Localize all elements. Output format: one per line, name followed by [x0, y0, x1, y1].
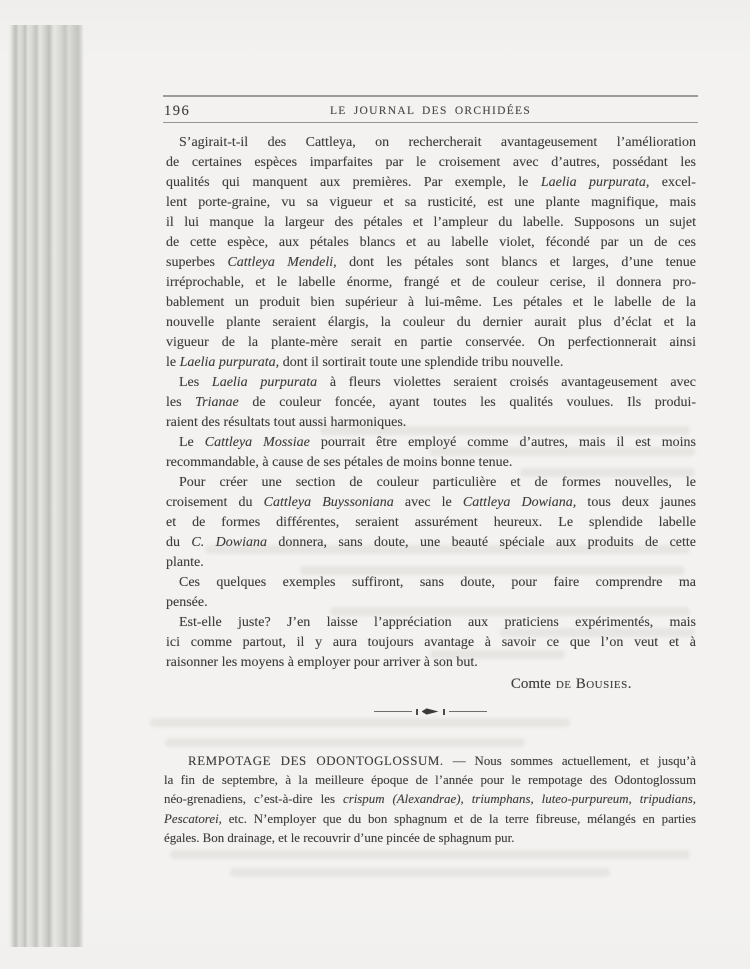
- bleedthrough-artifact: [170, 850, 690, 859]
- divider-tick-right: [443, 709, 445, 715]
- bleedthrough-artifact: [230, 868, 610, 877]
- text-line: plante.: [166, 553, 696, 573]
- article-body: S’agirait-t-il des Cattleya, on recherch…: [166, 133, 696, 673]
- text-line: Pescatorei, etc. N’employer que du bon s…: [164, 810, 696, 829]
- text-line: néo-grenadiens, c’est-à-dire les crispum…: [164, 790, 696, 809]
- paragraph: Pour créer une section de couleur partic…: [166, 473, 696, 573]
- text-line: pensée.: [166, 593, 696, 613]
- article-signature: Comtede Bousies.: [166, 676, 632, 693]
- text-line: Les Laelia purpurata à fleurs violettes …: [166, 373, 696, 393]
- scanned-page: 196 LE JOURNAL DES ORCHIDÉES S’agirait-t…: [0, 0, 750, 969]
- text-line: la fin de septembre, à la meilleure époq…: [164, 771, 696, 790]
- text-line: Est-elle juste? J’en laisse l’appréciati…: [166, 613, 696, 633]
- text-line: superbes Cattleya Mendeli, dont les péta…: [166, 253, 696, 273]
- text-line: raisonner les moyens à employer pour arr…: [166, 653, 696, 673]
- page-header: 196 LE JOURNAL DES ORCHIDÉES: [163, 95, 698, 123]
- divider-line-right: [449, 711, 487, 712]
- signature-name: de Bousies.: [556, 676, 632, 692]
- text-line: recommandable, à cause de ses pétales de…: [166, 453, 696, 473]
- text-line: les Trianae de couleur foncée, ayant tou…: [166, 393, 696, 413]
- text-line: Ces quelques exemples suffiront, sans do…: [166, 573, 696, 593]
- text-line: raient des résultats tout aussi harmoniq…: [166, 413, 696, 433]
- text-line: lent porte-graine, vu sa vigueur et sa r…: [166, 193, 696, 213]
- text-line: bablement un produit bien supérieur à lu…: [166, 293, 696, 313]
- text-line: le Laelia purpurata, dont il sortirait t…: [166, 353, 696, 373]
- text-line: il lui manque la largeur des pétales et …: [166, 213, 696, 233]
- page-edge-stack: [8, 25, 84, 947]
- paragraph: Le Cattleya Mossiae pourrait être employ…: [166, 433, 696, 473]
- paragraph: Ces quelques exemples suffiront, sans do…: [166, 573, 696, 613]
- text-line: nouvelle plante seraient élargis, la cou…: [166, 313, 696, 333]
- paragraph: Les Laelia purpurata à fleurs violettes …: [166, 373, 696, 433]
- text-line: égales. Bon drainage, et le recouvrir d’…: [164, 829, 696, 848]
- text-line: de cette espèce, aux pétales blancs et a…: [166, 233, 696, 253]
- divider-line-left: [374, 711, 412, 712]
- note-paragraph: REMPOTAGE DES ODONTOGLOSSUM. — Nous somm…: [164, 752, 696, 848]
- signature-prefix: Comte: [511, 676, 551, 692]
- text-line: REMPOTAGE DES ODONTOGLOSSUM. — Nous somm…: [164, 752, 696, 771]
- text-line: et de formes différentes, seraient assur…: [166, 513, 696, 533]
- text-line: ici comme partout, il y aura toujours av…: [166, 633, 696, 653]
- text-line: vigueur de la plante-mère serait en part…: [166, 333, 696, 353]
- text-line: S’agirait-t-il des Cattleya, on recherch…: [166, 133, 696, 153]
- bleedthrough-artifact: [165, 738, 525, 747]
- text-line: qualités qui manquent aux premières. Par…: [166, 173, 696, 193]
- bleedthrough-artifact: [150, 718, 570, 727]
- divider-tick-left: [416, 709, 418, 715]
- journal-title: LE JOURNAL DES ORCHIDÉES: [163, 105, 698, 117]
- text-line: irréprochable, et le labelle énorme, fra…: [166, 273, 696, 293]
- page-edge-bottom-shadow: [8, 937, 84, 946]
- page-edge-top-shadow: [8, 25, 84, 34]
- paragraph: Est-elle juste? J’en laisse l’appréciati…: [166, 613, 696, 673]
- divider-diamond-icon: [422, 708, 439, 715]
- text-line: de certaines espèces imparfaites par le …: [166, 153, 696, 173]
- text-line: du C. Dowiana donnera, sans doute, une b…: [166, 533, 696, 553]
- text-line: croisement du Cattleya Buyssoniana avec …: [166, 493, 696, 513]
- text-line: Pour créer une section de couleur partic…: [166, 473, 696, 493]
- text-line: Le Cattleya Mossiae pourrait être employ…: [166, 433, 696, 453]
- section-divider: [368, 705, 492, 718]
- paragraph: S’agirait-t-il des Cattleya, on recherch…: [166, 133, 696, 373]
